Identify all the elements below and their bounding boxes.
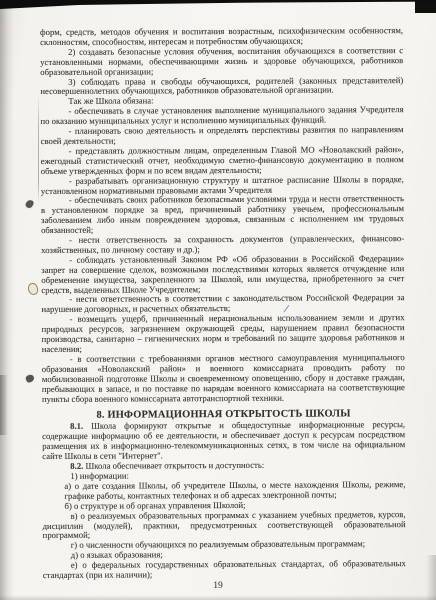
paragraph: - соблюдать установленный Законом РФ «Об… (41, 254, 404, 296)
paragraph: - возмещать ущерб, причиненный нерациона… (42, 313, 405, 355)
paragraph: в) о реализуемых образовательных програм… (43, 510, 406, 542)
staple-mark-bottom (25, 374, 35, 383)
scan-corner-mark (415, 1, 436, 13)
scan-left-shadow-dark (0, 375, 8, 435)
scan-hairline-artifact (38, 95, 39, 203)
paragraph: - в соответствии с требованиями органов … (42, 353, 405, 404)
paragraph: - обеспечивать своих работников безопасн… (41, 195, 404, 237)
paragraph: а) о дате создания Школы, об учредителе … (64, 480, 405, 502)
scan-bottom-shadow (0, 595, 436, 600)
page-number: 19 (0, 581, 436, 591)
scan-right-shadow (426, 555, 436, 600)
scan-left-shadow (0, 0, 14, 600)
paragraph: 2) создавать безопасные условия обучения… (40, 46, 403, 78)
ring-stain-mark (27, 282, 39, 296)
staple-mark-top (25, 199, 35, 209)
paragraph: 3) соблюдать права и свободы обучающихся… (40, 76, 403, 98)
scan-top-edge (0, 0, 436, 9)
document-body: форм, средств, методов обучения и воспит… (40, 26, 406, 581)
paragraph: - представлять должностным лицам, опреде… (41, 145, 404, 177)
paragraph: 8.1. Школа формируют открытые и общедост… (42, 421, 405, 463)
document-page: форм, средств, методов обучения и воспит… (0, 0, 436, 600)
paragraph: е) о федеральных государственных образов… (43, 559, 406, 581)
